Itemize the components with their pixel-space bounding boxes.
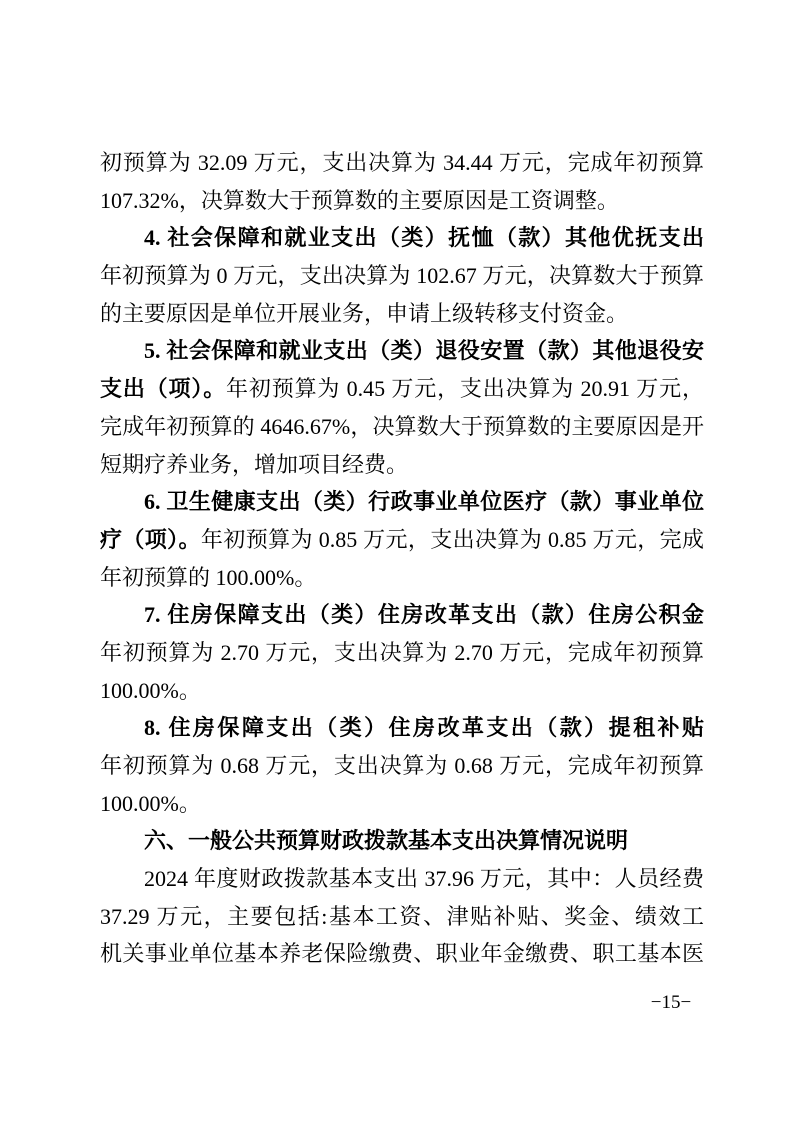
document-body: 初预算为 32.09 万元，支出决算为 34.44 万元，完成年初预算的107.… (100, 144, 704, 973)
document-line: 5. 社会保障和就业支出（类）退役安置（款）其他退役安置 (100, 332, 704, 370)
document-line: 100.00%。 (100, 672, 704, 710)
subheading-text-segment: 支出（项）。 (100, 376, 226, 401)
document-line: 机关事业单位基本养老保险缴费、职业年金缴费、职工基本医疗 (100, 935, 704, 973)
body-text-segment: 完成年初预算的 4646.67%，决算数大于预算数的主要原因是开展 (100, 414, 704, 446)
document-line: 6. 卫生健康支出（类）行政事业单位医疗（款）事业单位医 (100, 483, 704, 521)
subheading-text-segment: 8. 住房保障支出（类）住房改革支出（款）提租补贴（项）。 (100, 715, 704, 747)
body-text-segment: 2024 年度财政拨款基本支出 37.96 万元，其中：人员经费 (144, 866, 704, 891)
subheading-text-segment: 疗（项）。 (100, 527, 201, 552)
body-text-segment: 年初预算为 0.45 万元，支出决算为 20.91 万元， (226, 376, 704, 401)
subheading-text-segment: 4. 社会保障和就业支出（类）抚恤（款）其他优抚支出（项）。 (100, 225, 704, 257)
subheading-text-segment: 6. 卫生健康支出（类）行政事业单位医疗（款）事业单位医 (100, 489, 704, 521)
body-text-segment: 100.00%。 (100, 678, 201, 703)
body-text-segment: 初预算为 32.09 万元，支出决算为 34.44 万元，完成年初预算的 (100, 150, 704, 182)
document-line: 37.29 万元，主要包括:基本工资、津贴补贴、奖金、绩效工资、 (100, 898, 704, 936)
body-text-segment: 年初预算为 0 万元，支出决算为 102.67 万元，决算数大于预算数 (100, 263, 704, 295)
body-text-segment: 年初预算为 0.85 万元，支出决算为 0.85 万元，完成 (201, 527, 704, 552)
document-line: 107.32%，决算数大于预算数的主要原因是工资调整。 (100, 182, 704, 220)
document-line: 完成年初预算的 4646.67%，决算数大于预算数的主要原因是开展 (100, 408, 704, 446)
document-line: 年初预算为 0 万元，支出决算为 102.67 万元，决算数大于预算数 (100, 257, 704, 295)
body-text-segment: 37.29 万元，主要包括:基本工资、津贴补贴、奖金、绩效工资、 (100, 904, 704, 936)
document-line: 年初预算的 100.00%。 (100, 559, 704, 597)
document-line: 六、一般公共预算财政拨款基本支出决算情况说明 (100, 822, 704, 860)
document-line: 8. 住房保障支出（类）住房改革支出（款）提租补贴（项）。 (100, 709, 704, 747)
body-text-segment: 的主要原因是单位开展业务，申请上级转移支付资金。 (100, 301, 628, 326)
body-text-segment: 短期疗养业务，增加项目经费。 (100, 452, 408, 477)
document-line: 7. 住房保障支出（类）住房改革支出（款）住房公积金（项）。 (100, 596, 704, 634)
document-line: 100.00%。 (100, 785, 704, 823)
document-line: 短期疗养业务，增加项目经费。 (100, 446, 704, 484)
document-line: 的主要原因是单位开展业务，申请上级转移支付资金。 (100, 295, 704, 333)
body-text-segment: 107.32%，决算数大于预算数的主要原因是工资调整。 (100, 188, 619, 213)
subheading-text-segment: 7. 住房保障支出（类）住房改革支出（款）住房公积金（项）。 (100, 602, 704, 634)
document-line: 疗（项）。年初预算为 0.85 万元，支出决算为 0.85 万元，完成 (100, 521, 704, 559)
page-canvas: 初预算为 32.09 万元，支出决算为 34.44 万元，完成年初预算的107.… (0, 0, 793, 1122)
document-line: 4. 社会保障和就业支出（类）抚恤（款）其他优抚支出（项）。 (100, 219, 704, 257)
document-line: 2024 年度财政拨款基本支出 37.96 万元，其中：人员经费 (100, 860, 704, 898)
subheading-text-segment: 5. 社会保障和就业支出（类）退役安置（款）其他退役安置 (100, 338, 704, 370)
document-line: 初预算为 32.09 万元，支出决算为 34.44 万元，完成年初预算的 (100, 144, 704, 182)
body-text-segment: 年初预算为 0.68 万元，支出决算为 0.68 万元，完成年初预算的 (100, 753, 704, 785)
body-text-segment: 年初预算为 2.70 万元，支出决算为 2.70 万元，完成年初预算的 (100, 640, 704, 672)
body-text-segment: 100.00%。 (100, 791, 201, 816)
body-text-segment: 机关事业单位基本养老保险缴费、职业年金缴费、职工基本医疗 (100, 941, 704, 973)
page-number: −15− (611, 993, 731, 1013)
document-page: { "page": { "number_label": "−15−", "col… (0, 0, 793, 1122)
section-heading-text: 六、一般公共预算财政拨款基本支出决算情况说明 (144, 828, 628, 853)
body-text-segment: 年初预算的 100.00%。 (100, 565, 316, 590)
document-line: 支出（项）。年初预算为 0.45 万元，支出决算为 20.91 万元， (100, 370, 704, 408)
document-line: 年初预算为 2.70 万元，支出决算为 2.70 万元，完成年初预算的 (100, 634, 704, 672)
document-line: 年初预算为 0.68 万元，支出决算为 0.68 万元，完成年初预算的 (100, 747, 704, 785)
